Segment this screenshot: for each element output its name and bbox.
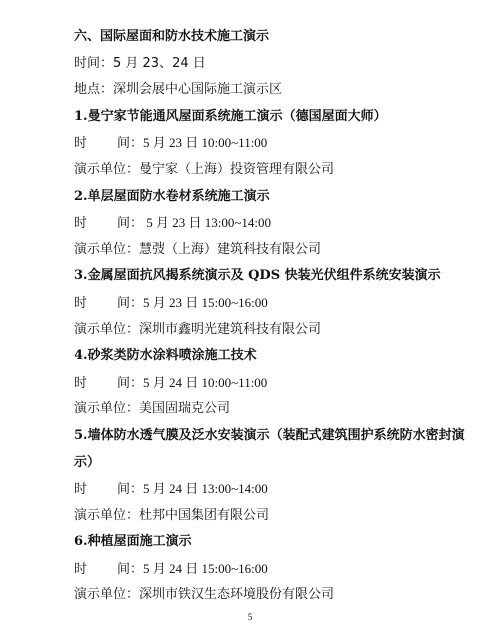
time-label: 时 [74,376,87,391]
item-time: 时间：5 月 24 日 15:00~16:00 [74,558,474,585]
time-label: 时 [74,562,87,577]
item-time: 时间： 5 月 23 日 13:00~14:00 [74,212,474,239]
item-title: 2.单层屋面防水卷材系统施工演示 [74,186,474,213]
time-label: 间： [117,482,143,497]
time-value: 5 月 23 日 10:00~11:00 [143,135,267,150]
item-title: 5.墙体防水透气膜及泛水安装演示（装配式建筑围护系统防水密封演 [74,425,474,452]
time-value: 5 月 23 日 15:00~16:00 [143,295,268,310]
item-title: 3.金属屋面抗风揭系统演示及 QDS 快装光伏组件系统安装演示 [74,265,474,292]
time-label: 间： [117,216,143,231]
item-title: 1.曼宁家节能通风屋面系统施工演示（德国屋面大师） [74,106,474,133]
unit-label: 演示单位： [74,401,139,416]
unit-label: 演示单位： [74,162,139,177]
time-label: 时 [74,482,87,497]
item-time: 时间：5 月 23 日 10:00~11:00 [74,132,474,159]
item-title: 4.砂浆类防水涂料喷涂施工技术 [74,345,474,372]
item-unit: 演示单位：深圳市铁汉生态环境股份有限公司 [74,584,474,611]
unit-label: 演示单位： [74,242,139,257]
time-label: 时 [74,136,87,151]
time-label: 时 [74,296,87,311]
item-title-continued: 示） [74,452,474,479]
unit-value: 慧弢（上海）建筑科技有限公司 [139,242,321,257]
unit-value: 美国固瑞克公司 [139,401,230,416]
time-value: 5 月 24 日 13:00~14:00 [143,481,268,496]
unit-label: 演示单位： [74,508,139,523]
item-unit: 演示单位：深圳市鑫明光建筑科技有限公司 [74,319,474,346]
unit-value: 深圳市铁汉生态环境股份有限公司 [139,587,334,602]
unit-label: 演示单位： [74,587,139,602]
section-location: 地点：深圳会展中心国际施工演示区 [74,79,474,106]
item-unit: 演示单位：慧弢（上海）建筑科技有限公司 [74,239,474,266]
unit-label: 演示单位： [74,322,139,337]
item-time: 时间：5 月 23 日 15:00~16:00 [74,292,474,319]
document-page: 六、国际屋面和防水技术施工演示 时间：5 月 23、24 日 地点：深圳会展中心… [74,26,474,611]
time-value: 5 月 24 日 10:00~11:00 [143,375,267,390]
time-value: 5 月 24 日 15:00~16:00 [143,561,268,576]
section-time: 时间：5 月 23、24 日 [74,53,474,80]
time-label: 间： [117,376,143,391]
time-value: 5 月 23 日 13:00~14:00 [143,215,271,230]
time-label: 间： [117,562,143,577]
time-label: 间： [117,136,143,151]
item-unit: 演示单位：曼宁家（上海）投资管理有限公司 [74,159,474,186]
unit-value: 杜邦中国集团有限公司 [139,508,269,523]
unit-value: 曼宁家（上海）投资管理有限公司 [139,162,334,177]
item-unit: 演示单位：杜邦中国集团有限公司 [74,505,474,532]
time-label: 时 [74,216,87,231]
unit-value: 深圳市鑫明光建筑科技有限公司 [139,322,321,337]
item-unit: 演示单位：美国固瑞克公司 [74,398,474,425]
item-time: 时间：5 月 24 日 13:00~14:00 [74,478,474,505]
section-heading: 六、国际屋面和防水技术施工演示 [74,26,474,53]
page-number: 5 [0,612,500,622]
time-label: 间： [117,296,143,311]
item-title: 6.种植屋面施工演示 [74,531,474,558]
item-time: 时间：5 月 24 日 10:00~11:00 [74,372,474,399]
